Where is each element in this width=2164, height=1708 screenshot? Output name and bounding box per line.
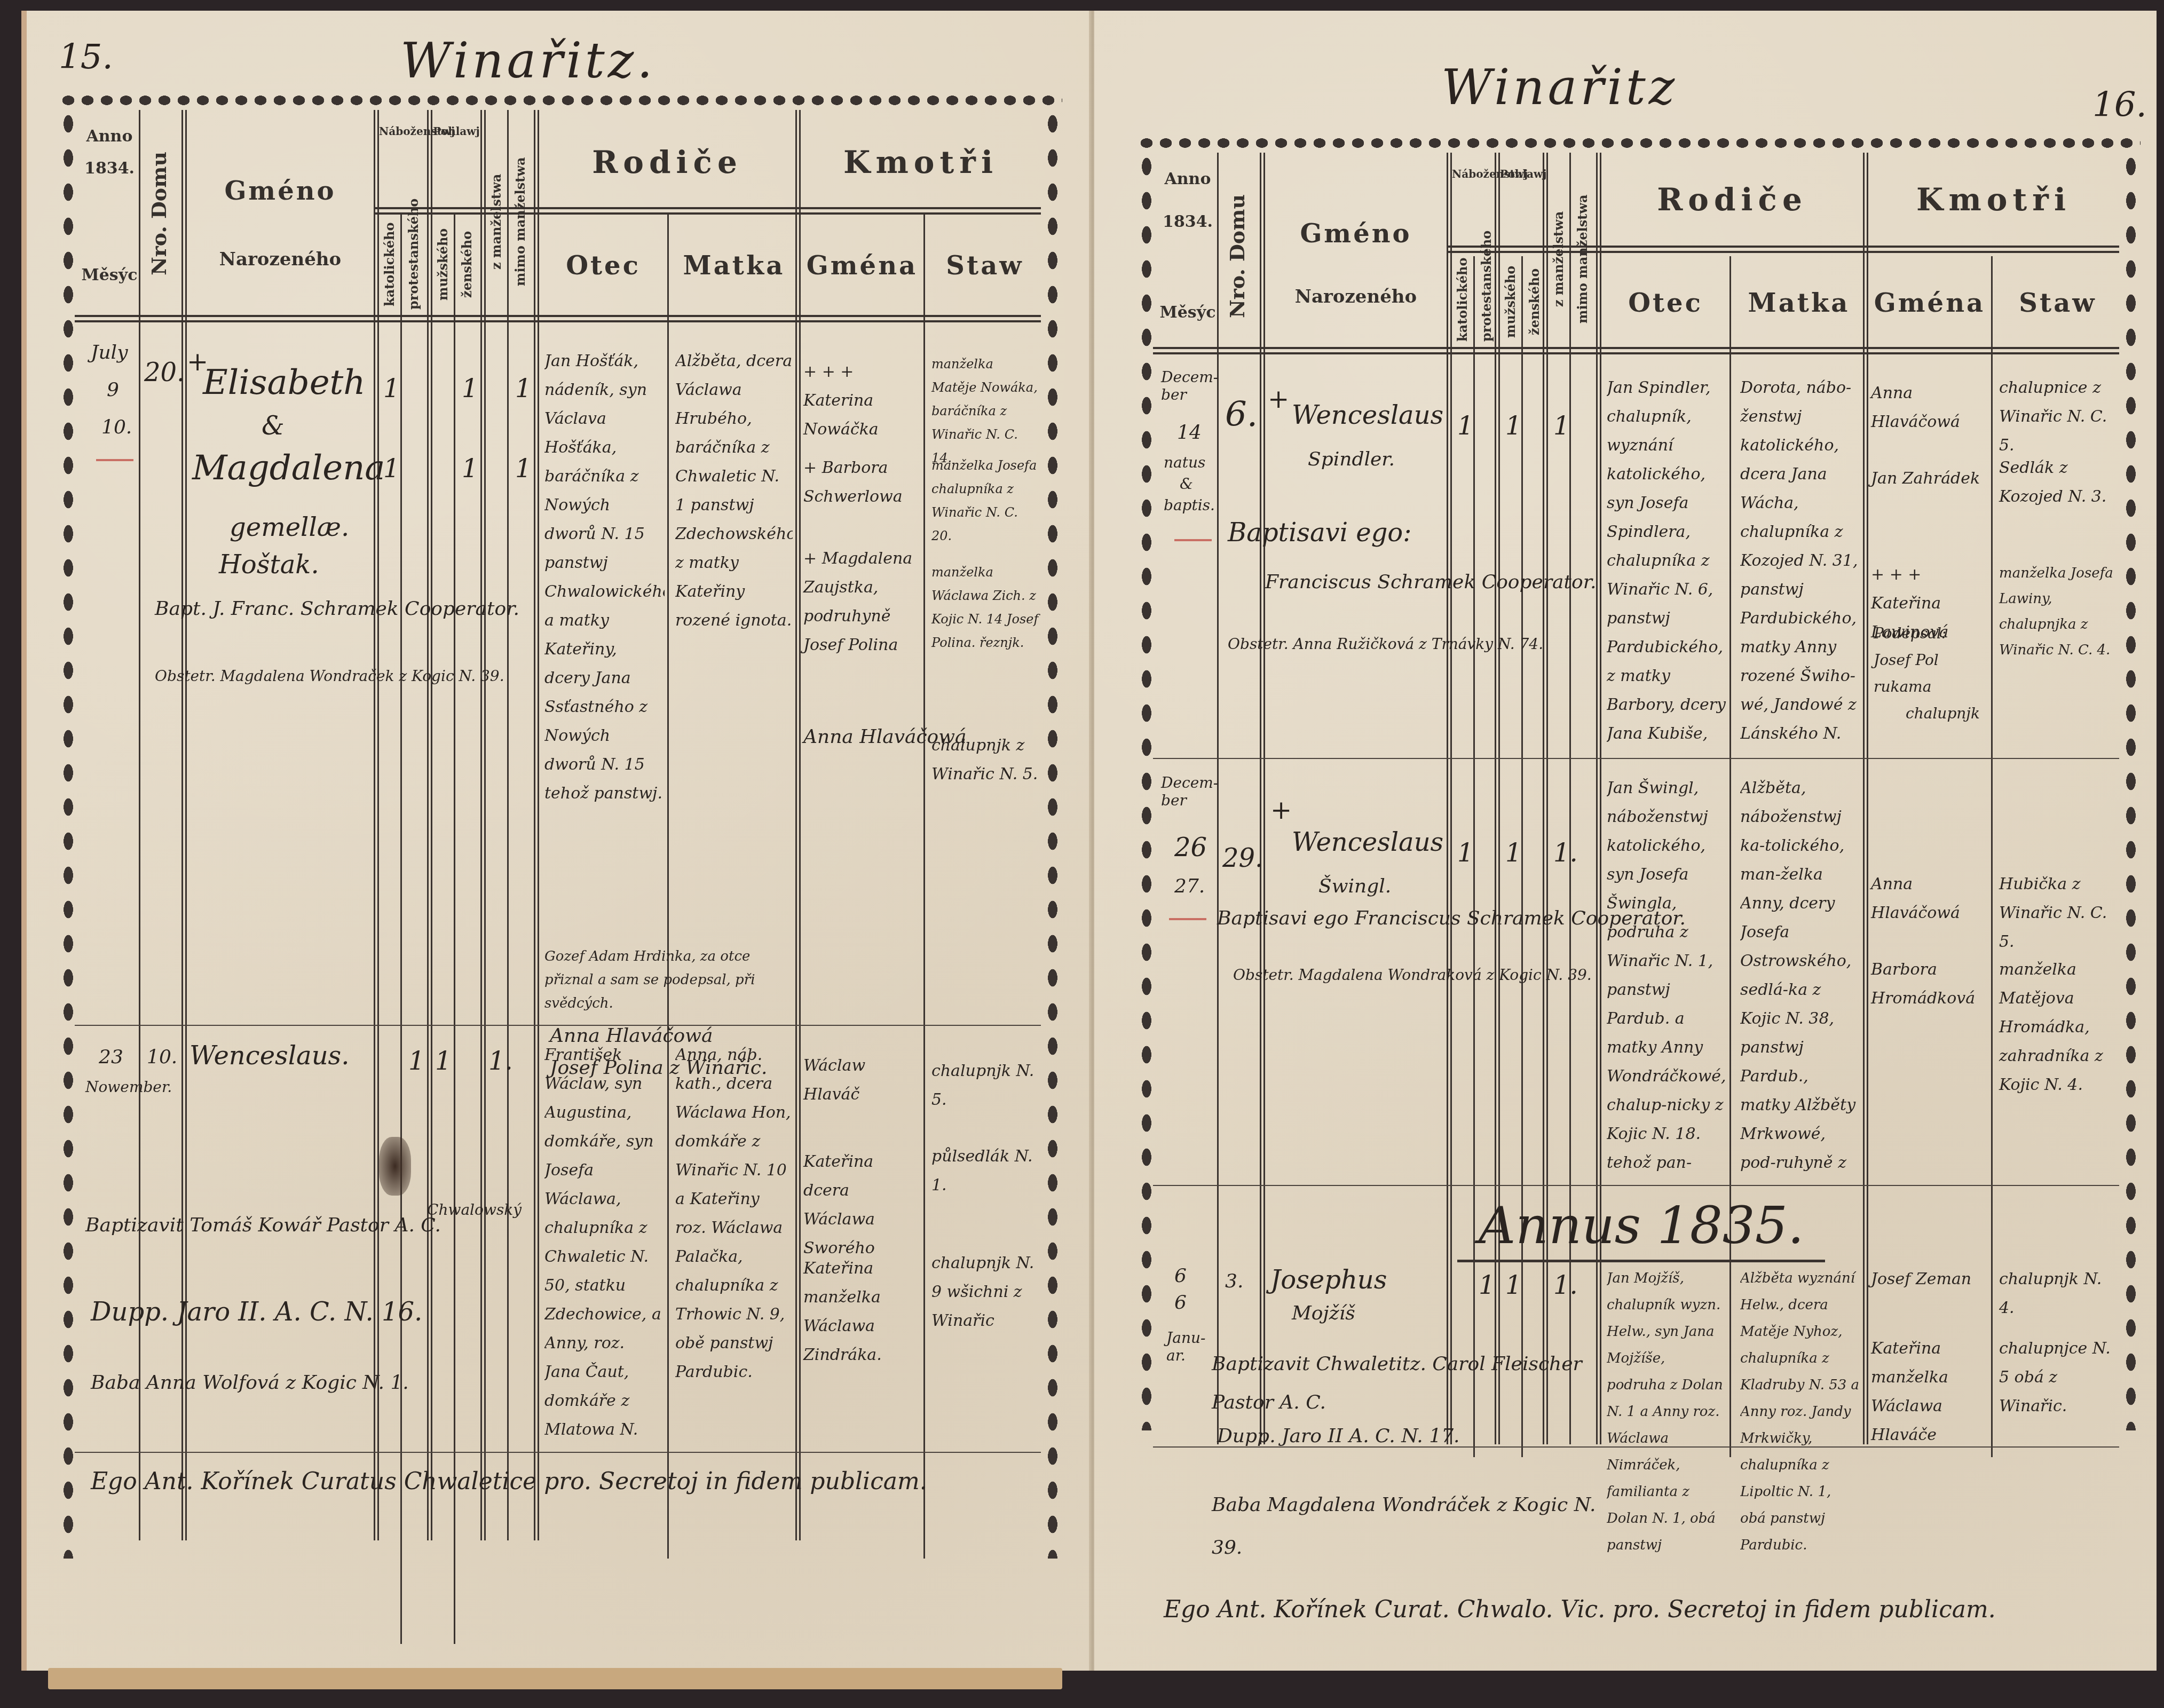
col-divider [795,110,801,1540]
witness-note: Gozef Adam Hrdinka, za otce přiznal a sa… [544,945,801,1015]
header-rule [1153,347,2119,354]
col-divider [667,213,669,1559]
header-legitimate: z manželstwa [488,133,504,310]
page-title: Winařitz [1441,59,1678,116]
row-divider [75,1452,1041,1453]
godparent-name: Kateřina manželka Wáclawa Zindráka. [803,1254,921,1370]
female-mark: 1 [462,374,478,404]
baptism-note: Baptizavit Chwaletitz. Carol Fleischer P… [1212,1345,1596,1422]
godparent-name: + Magdalena Zaujstka, podruhyně Josef Po… [803,544,921,660]
godparent-name: + + + Katerina Nowáčka [803,358,921,444]
deceased-cross-icon: + [1270,795,1292,825]
page-number: 15. [59,37,113,77]
child-surname: Mojžíš [1292,1302,1355,1324]
child-surname: Hoštak. [219,550,319,580]
col-divider [1991,256,1993,1457]
entry-month: Decem-ber [1161,368,1217,404]
col-divider [1729,256,1731,1457]
col-divider [1447,153,1452,1444]
left-page: 15. Winařitz. Anno 1834. [21,11,1092,1671]
legit-mark: 1. [488,1046,513,1076]
col-divider [480,110,486,1540]
ink-blot [379,1137,411,1196]
entry-note: & [1180,475,1193,493]
header-godparent-status: Staw [1996,288,2119,318]
priest-signature: Ego Ant. Kořínek Curat. Chwalo. Vic. pro… [1164,1596,1996,1623]
header-father: Otec [539,251,667,281]
right-page: Winařitz 16. Anno 1834. Měsýc [1094,11,2157,1671]
header-religion: Náboženstwj [1452,165,1495,183]
header-sex: Pohlawj [1500,165,1543,183]
entry-day: 6 [1174,1265,1187,1287]
header-female: ženského [459,219,475,310]
male-mark: 1 [1505,411,1522,441]
header-protestant: protestanského [406,219,421,310]
header-month: Měsýc [1158,304,1217,321]
godparent-name: Kateřina manželka Wáclawa Hlaváče [1871,1334,1988,1450]
register-table: Anno 1834. Měsýc Nro. Domu Gméno Narozen… [1137,133,2141,1564]
godparent-name: Anna Hlaváčowá [1871,870,1988,928]
red-pencil-mark [1174,539,1212,541]
header-mother: Matka [1735,288,1863,318]
godparent-name: + Barbora Schwerlowa [803,454,921,511]
mother-text: Dorota, nábo-ženstwj katolického, dcera … [1740,374,1860,747]
male-mark: 1 [1505,1270,1522,1300]
child-name: Magdalena [192,448,385,488]
page-title: Winařitz. [400,32,656,89]
header-rule [374,207,1041,215]
godparent-name: Kateřina dcera Wáclawa Sworého [803,1148,921,1263]
entry-day: 27. [1174,875,1205,897]
child-name: Wenceslaus [1292,400,1443,430]
header-name: Gméno [192,176,368,206]
header-illegitimate: mimo manželstwa [1575,176,1590,342]
ornamental-border-right [2121,149,2141,1430]
house-number: 3. [1225,1270,1243,1292]
ornamental-border-left [59,107,78,1559]
header-godparents: Kmotři [1868,181,2119,218]
catholic-mark: 1 [1457,411,1474,441]
child-name: Josephus [1270,1265,1387,1295]
header-month: Měsýc [80,267,139,284]
ornamental-border-top [59,91,1062,110]
header-father: Otec [1601,288,1729,318]
father-text: Jan Hošťák, nádeník, syn Václava Hošťáka… [544,347,665,934]
house-number: 29. [1222,843,1263,873]
entry-day: 23 [99,1046,123,1068]
midwife-note: Obstetr. Anna Ružičková z Trnávky N. 74. [1228,635,1543,653]
header-godparents: Kmotři [801,144,1041,180]
godparent-status: chalupnjk N. 4. [1999,1265,2119,1323]
child-name: Wenceslaus. [189,1041,349,1071]
entry-day: 9 [107,379,119,401]
header-rule [75,315,1041,322]
father-text: František Wáclaw, syn Augustina, domkáře… [544,1041,665,1446]
red-pencil-mark [1169,918,1206,920]
godparent-status: manželka Josefa Lawiny, chalupnjka z Win… [1999,560,2119,663]
row-divider [1153,1185,2119,1186]
col-divider [1217,153,1219,1444]
header-illegitimate: mimo manželstwa [512,133,528,310]
col-divider [427,110,432,1540]
godparent-status: chalupnjk z Winařic N. 5. [931,731,1041,789]
catholic-mark: 1 [1457,838,1474,868]
header-name-sub: Narozeného [1268,288,1444,305]
protestant-mark: 1 [1479,1270,1495,1300]
godparent-status: manželka Matěje Nowáka, baráčníka z Wina… [931,352,1041,470]
godparent-name: Barbora Hromádková [1871,955,1988,1013]
priest-signature: Ego Ant. Kořínek Curatus Chwaletice pro.… [91,1468,927,1495]
child-name: Elisabeth [203,363,365,402]
header-protestant: protestanského [1479,262,1494,342]
baptism-note: Bapt. J. Franc. Schramek Cooperator. [155,598,519,620]
ornamental-border-top [1137,133,2141,153]
child-note: gemellæ. [230,512,349,542]
header-year: 1834. [80,160,139,177]
mother-text: Alžběta, dcera Václawa Hrubého, baráčník… [675,347,793,689]
child-surname: Spindler. [1308,448,1395,470]
catholic-mark: 1 [383,374,400,404]
legit-mark: 1 [515,454,532,484]
register-table: Anno 1834. Měsýc Nro. Domu Gméno Narozen… [59,91,1062,1564]
mother-text: Anna, náb. kath., dcera Wáclawa Hon, dom… [675,1041,793,1446]
ornamental-border-right [1043,107,1062,1559]
header-catholic: katolického [382,219,397,310]
header-name-sub: Narozeného [192,251,368,268]
col-divider [1260,153,1265,1444]
col-divider [1863,153,1868,1444]
godparent-status: chalupnjk N. 9 wšichni z Winařic [931,1249,1041,1335]
entry-month: Janu-ar. [1166,1329,1217,1364]
entry-day: 14 [1177,422,1202,444]
godparent-extra: chalupnjk [1906,705,1980,722]
header-name: Gméno [1268,219,1444,249]
godparent-name: Wáclaw Hlaváč [803,1051,921,1109]
godparent-extra: rukama [1874,678,1931,695]
godparent-name: Anna Hlaváčowá [1871,379,1988,437]
godparent-status: manželka Matějova Hromádka, zahradníka z… [1999,955,2119,1100]
baptism-note: Baptizavit Tomáš Kowář Pastor A. C. [85,1206,512,1245]
godparent-status: chalupnjce N. 5 obá z Winařic. [1999,1334,2119,1421]
header-parents: Rodiče [539,144,795,180]
godparent-status: chalupnjk N. 5. [931,1057,1041,1114]
col-divider [507,110,509,1540]
header-year: 1834. [1158,213,1217,231]
header-male: mužského [1503,262,1518,342]
header-house-no: Nro. Domu [1225,176,1249,336]
entry-month: Decem-ber [1161,774,1217,809]
godparent-status: půlsedlák N. 1. [931,1142,1041,1200]
midwife-note: Baba Anna Wolfová z Kogic N. 1. [91,1372,409,1394]
house-number: 6. [1225,395,1258,434]
col-divider [454,213,455,1644]
godparent-extra: Podepsal: [1874,624,1946,642]
godparent-status: manželka Josefa chalupníka z Winařic N. … [931,454,1041,548]
baptizer: Franciscus Schramek Cooperator. [1265,571,1596,593]
midwife-note: Baba Magdalena Wondráček z Kogic N. 39. [1212,1484,1596,1569]
baptism-note: Baptisavi ego: [1228,518,1411,548]
protestant-mark: 1 [408,1046,425,1076]
year-heading: Annus 1835. [1457,1196,1825,1262]
entry-month: Nowember. [85,1078,139,1096]
legit-mark: 1. [1553,838,1578,868]
ornamental-border-left [1137,149,1156,1430]
father-text: Jan Mojžíš, chalupník wyzn. Helw., syn J… [1607,1265,1727,1564]
header-godparent-status: Staw [929,251,1041,281]
entry-day: 10. [101,416,132,438]
baptism-place: Dupp. Jaro II A. C. N. 17. [1217,1425,1460,1447]
red-pencil-mark [96,459,133,461]
book-scan: 15. Winařitz. Anno 1834. [0,0,2164,1708]
header-sex: Pohlawj [432,123,480,140]
godparent-status: manželka Wáclawa Zich. z Kojic N. 14 Jos… [931,560,1041,654]
godparent-name: Josef Zeman [1871,1265,1988,1294]
deceased-cross-icon: + [1268,384,1289,414]
godparent-status: chalupnice z Winařic N. C. 5. [1999,374,2119,460]
col-divider [534,110,539,1540]
father-text: Jan Spindler, chalupník, wyznání katolic… [1607,374,1727,747]
male-mark: 1 [435,1046,452,1076]
entry-month: July [91,342,128,363]
header-female: ženského [1527,262,1542,342]
col-divider [400,213,402,1644]
entry-note: natus [1164,454,1205,471]
godparent-status: Hubička z Winařic N. C. 5. [1999,870,2119,956]
header-godparent-names: Gména [801,251,923,281]
row-divider [1153,758,2119,759]
entry-day: 26 [1174,833,1207,863]
father-text: Jan Šwingl, náboženstwj katolického, syn… [1607,774,1727,1180]
male-mark: 1 [1505,838,1522,868]
child-name-conj: & [262,411,285,441]
header-anno: Anno [80,128,139,145]
header-mother: Matka [673,251,795,281]
house-number: 20. [144,358,185,388]
header-anno: Anno [1158,171,1217,188]
female-mark: 1 [462,454,478,484]
godparent-status: Sedlák z Kozojed N. 3. [1999,454,2119,511]
child-name: Wenceslaus [1292,827,1443,857]
child-surname: Šwingl. [1318,875,1391,897]
baptism-place: Dupp. Jaro II. A. C. N. 16. [91,1297,422,1327]
header-religion: Náboženstwj [379,123,427,140]
col-divider [923,213,925,1559]
book-cover-edge [48,1668,1062,1689]
entry-day: 6 [1174,1292,1187,1314]
house-number: 10. [147,1046,177,1068]
page-number: 16. [2092,85,2147,125]
header-male: mužského [435,219,451,310]
godparent-extra: Josef Pol [1874,651,1939,669]
mother-text: Alžběta wyznání Helw., dcera Matěje Nyho… [1740,1265,1860,1564]
header-godparent-names: Gména [1868,288,1991,318]
header-rule [1447,246,2119,253]
legit-mark: 1. [1553,1270,1578,1300]
midwife-note: Obstetr. Magdalena Wondraček z Kogic N. … [155,667,504,685]
header-house-no: Nro. Domu [147,133,171,294]
header-legitimate: z manželstwa [1551,176,1566,342]
legit-mark: 1 [1553,411,1570,441]
mother-text: Alžběta, náboženstwj ka-tolického, man-ž… [1740,774,1860,1180]
godparent-name: Jan Zahrádek [1871,464,1988,493]
catholic-mark: 1 [383,454,400,484]
midwife-note: Obstetr. Magdalena Wondraková z Kogic N.… [1233,966,1592,984]
entry-note: baptis. [1164,496,1215,514]
legit-mark: 1 [515,374,532,404]
header-parents: Rodiče [1601,181,1863,218]
header-catholic: katolického [1455,262,1470,342]
